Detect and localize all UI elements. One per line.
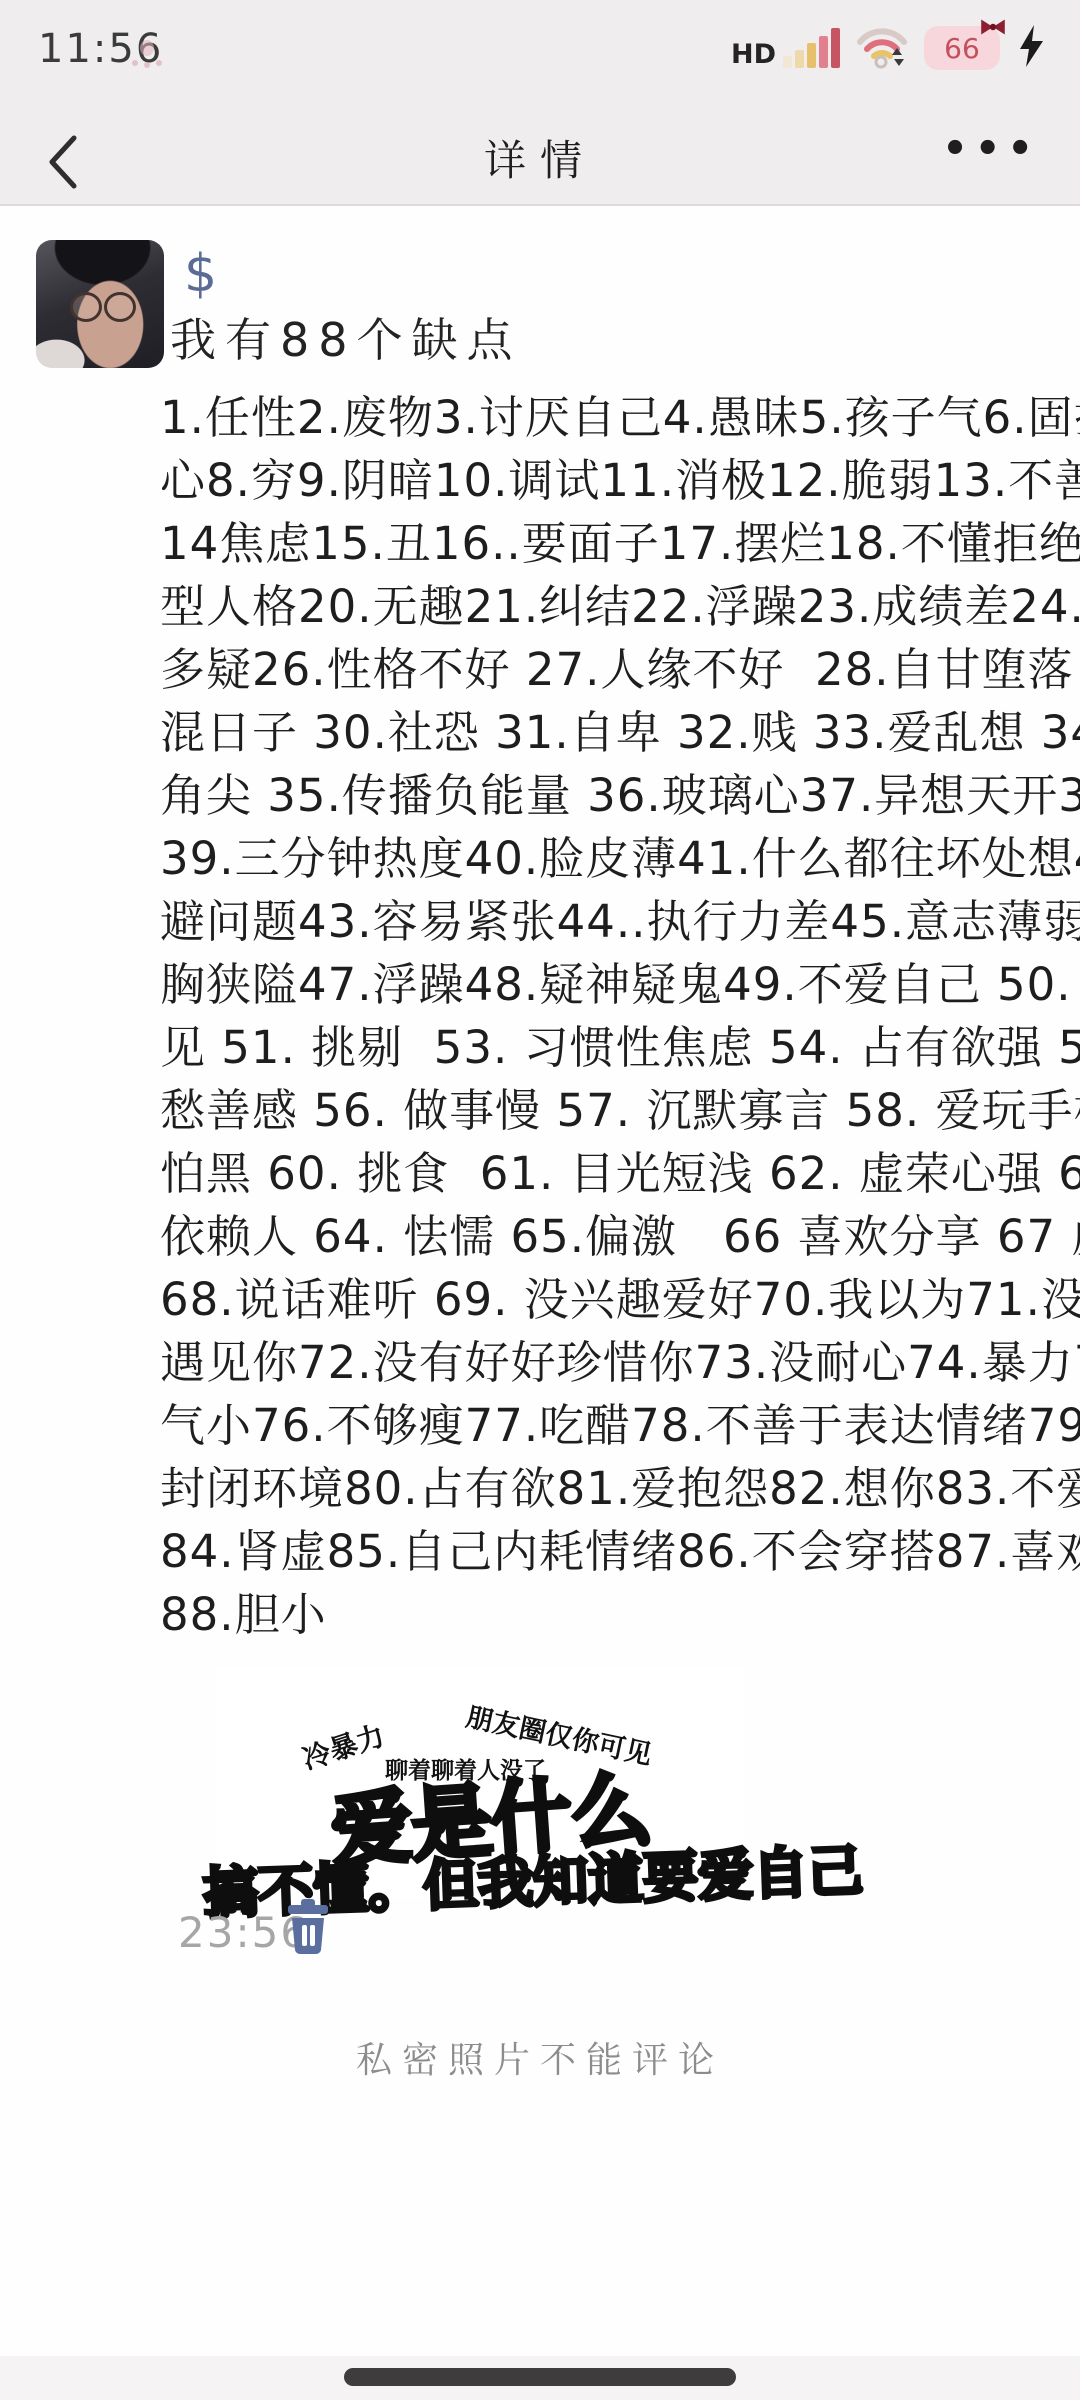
home-indicator[interactable] [344,2368,736,2386]
post-line: 怕黑 60. 挑食 61. 目光短浅 62. 虚荣心强 63. 太 [160,1142,1060,1205]
post-line: 依赖人 64. 怯懦 65.偏激 66 喜欢分享 67 虚伪 [160,1205,1060,1268]
username[interactable]: $ [184,244,217,304]
post-line: 14焦虑15.丑16..要面子17.摆烂18.不懂拒绝19.讨好 [160,512,1060,575]
post-line: 型人格20.无趣21.纠结22.浮躁23.成绩差24.记仇25. [160,575,1060,638]
screen: 11:56 HD 66 [0,0,1080,2400]
post-line: 气小76.不够瘦77.吃醋78.不善于表达情绪79.喜欢 [160,1394,1060,1457]
post-line: 多疑26.性格不好 27.人缘不好 28.自甘堕落 29.爱 [160,638,1060,701]
post-line: 39.三分钟热度40.脸皮薄41.什么都往坏处想42.逃 [160,827,1060,890]
charging-bolt-icon [1016,23,1046,73]
post-intro: 我有88个缺点 [170,304,522,370]
notification-icon [132,40,162,70]
post-line: 封闭环境80.占有欲81.爱抱怨82.想你83.不爱吃饭 [160,1457,1060,1520]
post-line: 88.胆小 [160,1583,1060,1646]
page-title: 详情 [0,128,1080,188]
meme-image[interactable]: 冷暴力 聊着聊着人没了 朋友圈仅你可见 爱是什么 搞不懂。但我知道要爱自己 [215,1668,745,1898]
comment-disabled-note: 私密照片不能评论 [0,2032,1080,2083]
post-line: 角尖 35.传播负能量 36.玻璃心37.异想天开38.冲动 [160,764,1060,827]
delete-button[interactable] [284,1898,332,1956]
glasses-decor [70,292,136,318]
more-menu-button[interactable]: ••• [942,126,1040,172]
post-line: 避问题43.容易紧张44..执行力差45.意志薄弱46.心 [160,890,1060,953]
post-line: 84.肾虚85.自己内耗情绪86.不会穿搭87.喜欢争吵 [160,1520,1060,1583]
post-line: 遇见你72.没有好好珍惜你73.没耐心74.暴力75.力 [160,1331,1060,1394]
post-line: 混日子 30.社恐 31.自卑 32.贱 33.爱乱想 34.爱钻牛 [160,701,1060,764]
post-line: 心8.穷9.阴暗10.调试11.消极12.脆弱13.不善于交往 [160,449,1060,512]
avatar[interactable] [36,240,164,368]
wifi-icon [856,22,908,74]
post-body: 1.任性2.废物3.讨厌自己4.愚昧5.孩子气6.固执7.粗 心8.穷9.阴暗1… [160,386,1060,1646]
battery-percent: 66 [944,32,980,65]
hd-badge: HD [731,41,776,68]
status-icons: HD 66 [731,18,1046,78]
battery-indicator: 66 [924,26,1000,70]
post-line: 胸狭隘47.浮躁48.疑神疑鬼49.不爱自己 50. 没主 [160,953,1060,1016]
post-line: 1.任性2.废物3.讨厌自己4.愚昧5.孩子气6.固执7.粗 [160,386,1060,449]
post-line: 愁善感 56. 做事慢 57. 沉默寡言 58. 爱玩手机 59. [160,1079,1060,1142]
post-line: 见 51. 挑剔 53. 习惯性焦虑 54. 占有欲强 55. 多 [160,1016,1060,1079]
signal-strength-icon: HD [731,28,840,68]
post-line: 68.说话难听 69. 没兴趣爱好70.我以为71.没能早点 [160,1268,1060,1331]
bow-decoration [978,18,1008,36]
